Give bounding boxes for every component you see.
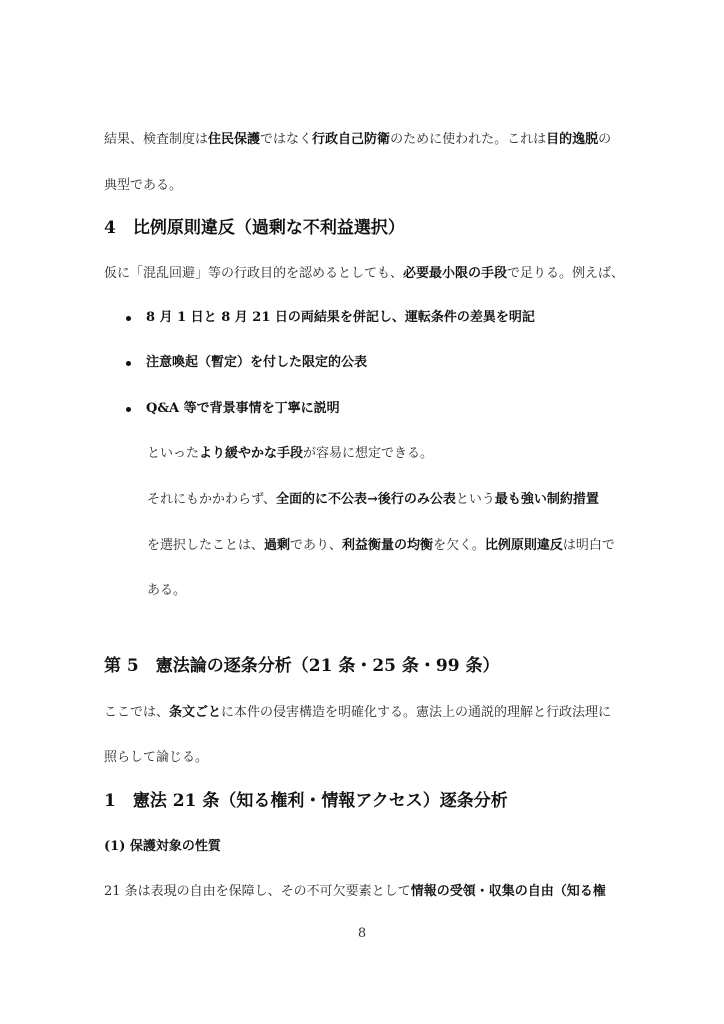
text-run: ここでは、 <box>104 705 169 720</box>
text-run: が容易に想定できる。 <box>303 446 433 461</box>
paragraph-line: ここでは、条文ごとに本件の侵害構造を明確化する。憲法上の通説的理解と行政法理に <box>104 704 611 722</box>
emphasis-text: 必要最小限の手段 <box>403 266 507 281</box>
paragraph-line: といったより緩やかな手段が容易に想定できる。 <box>147 445 433 463</box>
text-run: 仮に「混乱回避」等の行政目的を認めるとしても、 <box>104 266 403 281</box>
text-run: で足りる。例えば、 <box>507 266 624 281</box>
paragraph-line: それにもかかわらず、全面的に不公表→後行のみ公表という最も強い制約措置 <box>147 491 599 509</box>
list-item: Q&A 等で背景事情を丁寧に説明 <box>146 400 340 418</box>
text-run: 典型である。 <box>104 178 182 193</box>
text-run: 照らして論じる。 <box>104 750 208 765</box>
text-run: 結果、検査制度は <box>104 132 208 147</box>
subheading: (1) 保護対象の性質 <box>104 838 221 856</box>
text-run: ではなく <box>260 132 312 147</box>
paragraph-line: 照らして論じる。 <box>104 749 208 767</box>
text-run: を欠く。 <box>433 538 485 553</box>
emphasis-text: より緩やかな手段 <box>199 446 303 461</box>
bullet-icon <box>126 407 131 412</box>
emphasis-text: 条文ごと <box>169 705 221 720</box>
text-run: といった <box>147 446 199 461</box>
emphasis-text: 住民保護 <box>208 132 260 147</box>
bullet-icon <box>126 316 131 321</box>
text-run: それにもかかわらず、 <box>147 492 276 507</box>
emphasis-text: 目的逸脱 <box>546 132 598 147</box>
list-item: 8 月 1 日と 8 月 21 日の両結果を併記し、運転条件の差異を明記 <box>146 309 535 327</box>
emphasis-text: 情報の受領・収集の自由（知る権 <box>411 884 606 899</box>
section-5-heading: 第 5 憲法論の逐条分析（21 条・25 条・99 条） <box>104 654 499 678</box>
subsection-heading-1: 1 憲法 21 条（知る権利・情報アクセス）逐条分析 <box>104 789 508 813</box>
text-run: であり、 <box>290 538 342 553</box>
emphasis-text: 利益衡量の均衡 <box>342 538 433 553</box>
text-run: という <box>456 492 495 507</box>
text-run: の <box>598 132 611 147</box>
paragraph-line: ある。 <box>147 582 186 600</box>
text-run: ある。 <box>147 583 186 598</box>
text-run: のために使われた。これは <box>390 132 546 147</box>
document-page: 結果、検査制度は住民保護ではなく行政自己防衛のために使われた。これは目的逸脱の … <box>0 0 724 1024</box>
text-run: は明白で <box>563 538 615 553</box>
page-number: 8 <box>0 925 724 943</box>
emphasis-text: 全面的に不公表→後行のみ公表 <box>276 492 456 507</box>
emphasis-text: 行政自己防衛 <box>312 132 390 147</box>
text-run: 21 条は表現の自由を保障し、その不可欠要素として <box>104 884 411 899</box>
paragraph-line: 仮に「混乱回避」等の行政目的を認めるとしても、必要最小限の手段で足りる。例えば、 <box>104 265 624 283</box>
text-run: に本件の侵害構造を明確化する。憲法上の通説的理解と行政法理に <box>221 705 611 720</box>
text-run: を選択したことは、 <box>147 538 264 553</box>
emphasis-text: 過剰 <box>264 538 290 553</box>
paragraph-line: を選択したことは、過剰であり、利益衡量の均衡を欠く。比例原則違反は明白で <box>147 537 615 555</box>
bullet-icon <box>126 361 131 366</box>
list-item: 注意喚起（暫定）を付した限定的公表 <box>146 354 367 372</box>
paragraph-line: 21 条は表現の自由を保障し、その不可欠要素として情報の受領・収集の自由（知る権 <box>104 883 606 901</box>
section-heading-4: 4 比例原則違反（過剰な不利益選択） <box>104 216 405 240</box>
paragraph-line: 典型である。 <box>104 177 182 195</box>
emphasis-text: 最も強い制約措置 <box>495 492 599 507</box>
paragraph-line: 結果、検査制度は住民保護ではなく行政自己防衛のために使われた。これは目的逸脱の <box>104 131 611 149</box>
emphasis-text: 比例原則違反 <box>485 538 563 553</box>
